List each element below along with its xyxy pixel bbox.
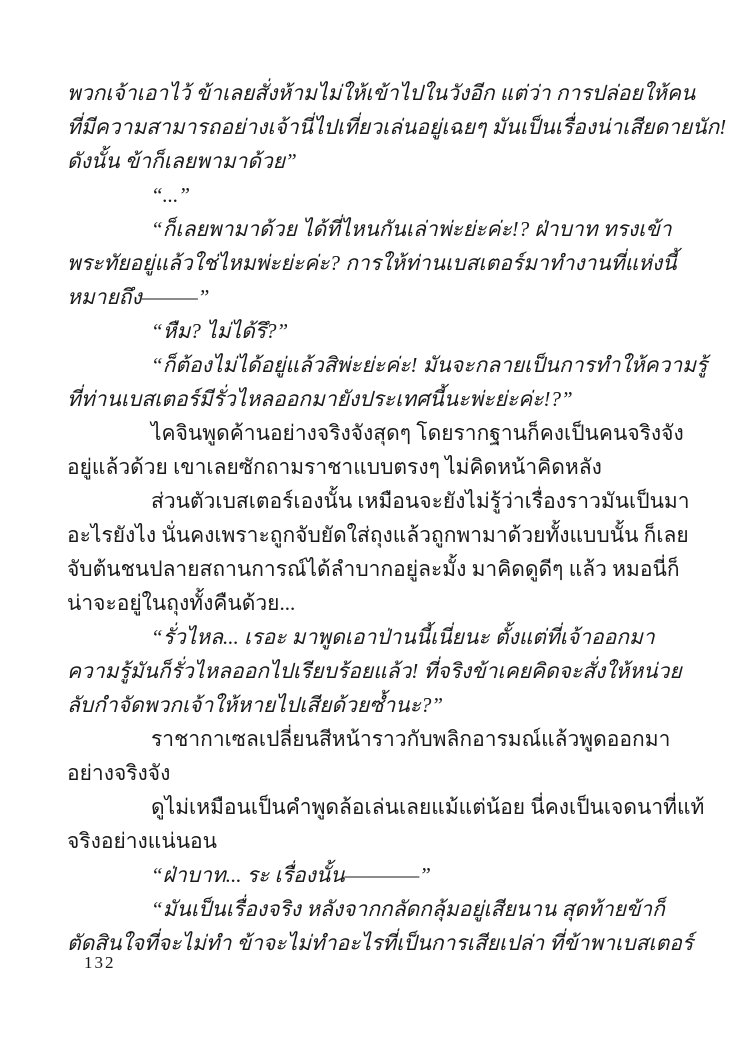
text-line: “รั่วไหล... เรอะ มาพูดเอาป่านนี้เนี่ยนะ … [67, 620, 659, 654]
text-line: อย่างจริงจัง [67, 756, 659, 790]
page-number: 132 [84, 951, 116, 975]
text-line: ดังนั้น ข้าก็เลยพามาด้วย” [67, 144, 659, 178]
text-line: พวกเจ้าเอาไว้ ข้าเลยสั่งห้ามไม่ให้เข้าไป… [67, 76, 659, 110]
paragraph: “ก็เลยพามาด้วย ได้ที่ไหนกันเล่าพ่ะย่ะค่ะ… [67, 212, 659, 314]
text-line: ส่วนตัวเบสเตอร์เองนั้น เหมือนจะยังไม่รู้… [67, 484, 659, 518]
text-line: “...” [67, 178, 659, 212]
text-line: “มันเป็นเรื่องจริง หลังจากกลัดกลุ้มอยู่เ… [67, 892, 659, 926]
text-line: หมายถึง———” [67, 280, 659, 314]
text-line: ไคจินพูดค้านอย่างจริงจังสุดๆ โดยรากฐานก็… [67, 416, 659, 450]
paragraph: ราชากาเซลเปลี่ยนสีหน้าราวกับพลิกอารมณ์แล… [67, 722, 659, 790]
text-line: ดูไม่เหมือนเป็นคำพูดล้อเล่นเลยแม้แต่น้อย… [67, 790, 659, 824]
text-line: ที่ท่านเบสเตอร์มีรั่วไหลออกมายังประเทศนี… [67, 382, 659, 416]
text-line: พระทัยอยู่แล้วใช่ไหมพ่ะย่ะค่ะ? การให้ท่า… [67, 246, 659, 280]
paragraph: ไคจินพูดค้านอย่างจริงจังสุดๆ โดยรากฐานก็… [67, 416, 659, 484]
text-line: ตัดสินใจที่จะไม่ทำ ข้าจะไม่ทำอะไรที่เป็น… [67, 926, 659, 960]
text-line: “ฝ่าบาท... ระ เรื่องนั้น————” [67, 858, 659, 892]
text-block: พวกเจ้าเอาไว้ ข้าเลยสั่งห้ามไม่ให้เข้าไป… [67, 76, 659, 960]
paragraph: “มันเป็นเรื่องจริง หลังจากกลัดกลุ้มอยู่เ… [67, 892, 659, 960]
text-line: “ก็ต้องไม่ได้อยู่แล้วสิพ่ะย่ะค่ะ! มันจะก… [67, 348, 659, 382]
text-line: “หืม? ไม่ได้รึ?” [67, 314, 659, 348]
text-line: จริงอย่างแน่นอน [67, 824, 659, 858]
paragraph: “รั่วไหล... เรอะ มาพูดเอาป่านนี้เนี่ยนะ … [67, 620, 659, 722]
paragraph: พวกเจ้าเอาไว้ ข้าเลยสั่งห้ามไม่ให้เข้าไป… [67, 76, 659, 178]
text-line: ที่มีความสามารถอย่างเจ้านี่ไปเที่ยวเล่นอ… [67, 110, 659, 144]
text-line: จับต้นชนปลายสถานการณ์ได้ลำบากอยู่ละมั้ง … [67, 552, 659, 586]
text-line: “ก็เลยพามาด้วย ได้ที่ไหนกันเล่าพ่ะย่ะค่ะ… [67, 212, 659, 246]
paragraph: “หืม? ไม่ได้รึ?” [67, 314, 659, 348]
paragraph: “...” [67, 178, 659, 212]
paragraph: ส่วนตัวเบสเตอร์เองนั้น เหมือนจะยังไม่รู้… [67, 484, 659, 620]
text-line: ความรู้มันก็รั่วไหลออกไปเรียบร้อยแล้ว! ท… [67, 654, 659, 688]
text-line: อะไรยังไง นั่นคงเพราะถูกจับยัดใส่ถุงแล้ว… [67, 518, 659, 552]
text-line: ราชากาเซลเปลี่ยนสีหน้าราวกับพลิกอารมณ์แล… [67, 722, 659, 756]
text-line: อยู่แล้วด้วย เขาเลยซักถามราชาแบบตรงๆ ไม่… [67, 450, 659, 484]
paragraph: ดูไม่เหมือนเป็นคำพูดล้อเล่นเลยแม้แต่น้อย… [67, 790, 659, 858]
text-line: น่าจะอยู่ในถุงทั้งคืนด้วย... [67, 586, 659, 620]
text-line: ลับกำจัดพวกเจ้าให้หายไปเสียด้วยซ้ำนะ?” [67, 688, 659, 722]
book-page: พวกเจ้าเอาไว้ ข้าเลยสั่งห้ามไม่ให้เข้าไป… [0, 0, 738, 1051]
paragraph: “ก็ต้องไม่ได้อยู่แล้วสิพ่ะย่ะค่ะ! มันจะก… [67, 348, 659, 416]
paragraph: “ฝ่าบาท... ระ เรื่องนั้น————” [67, 858, 659, 892]
